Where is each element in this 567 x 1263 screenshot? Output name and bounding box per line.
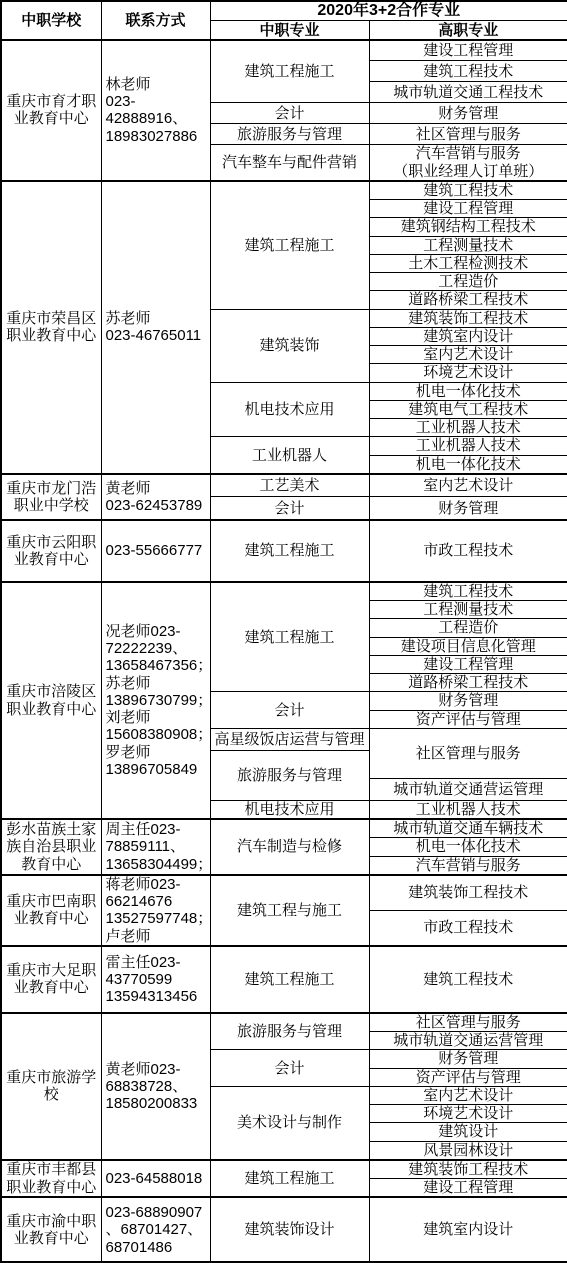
- high-major-cell: 财务管理: [369, 497, 567, 520]
- table-row: 重庆市丰都县 职业教育中心023-64588018建筑工程施工建筑装饰工程技术: [1, 1160, 567, 1179]
- high-major-cell: 建筑室内设计: [369, 327, 567, 345]
- mid-major-cell: 建筑工程施工: [210, 946, 369, 1013]
- high-major-cell: 环境艺术设计: [369, 1105, 567, 1123]
- high-major-cell: 建筑装饰工程技术: [369, 875, 567, 911]
- high-major-cell: 建筑钢结构工程技术: [369, 218, 567, 236]
- high-major-cell: 建设工程管理: [369, 655, 567, 673]
- high-major-cell: 市政工程技术: [369, 520, 567, 582]
- high-major-cell: 建筑装饰工程技术: [369, 309, 567, 327]
- high-major-cell: 建筑装饰工程技术: [369, 1160, 567, 1179]
- high-major-cell: 建筑工程技术: [369, 61, 567, 82]
- mid-major-cell: 汽车整车与配件营销: [210, 145, 369, 181]
- contact-cell: 况老师023- 72222239、 13658467356； 苏老师 13896…: [101, 582, 210, 819]
- high-major-cell: 资产评估与管理: [369, 710, 567, 728]
- table-row: 重庆市云阳职 业教育中心023-55666777建筑工程施工市政工程技术: [1, 520, 567, 582]
- mid-major-cell: 工业机器人: [210, 437, 369, 474]
- high-major-cell: 社区管理与服务: [369, 728, 567, 778]
- mid-major-cell: 会计: [210, 692, 369, 729]
- school-cell: 彭水苗族土家 族自治县职业 教育中心: [1, 819, 101, 875]
- header-cooperation-title: 2020年3+2合作专业: [210, 1, 567, 21]
- high-major-cell: 市政工程技术: [369, 910, 567, 946]
- mid-major-cell: 会计: [210, 103, 369, 124]
- cooperation-majors-table: 中职学校 联系方式 2020年3+2合作专业 中职专业 高职专业 重庆市育才职 …: [0, 0, 567, 1263]
- school-cell: 重庆市渝中职 业教育中心: [1, 1197, 101, 1262]
- high-major-cell: 建设项目信息化管理: [369, 637, 567, 655]
- contact-cell: 黄老师023- 68838728、 18580200833: [101, 1013, 210, 1160]
- mid-major-cell: 建筑工程施工: [210, 582, 369, 692]
- table-row: 重庆市渝中职 业教育中心023-68890907 、68701427、 6870…: [1, 1197, 567, 1262]
- high-major-cell: 城市轨道交通运营管理: [369, 1032, 567, 1050]
- high-major-cell: 室内艺术设计: [369, 1086, 567, 1104]
- high-major-cell: 土木工程检测技术: [369, 254, 567, 272]
- header-contact-column: 联系方式: [101, 1, 210, 40]
- school-cell: 重庆市丰都县 职业教育中心: [1, 1160, 101, 1198]
- mid-major-cell: 机电技术应用: [210, 382, 369, 437]
- mid-major-cell: 汽车制造与检修: [210, 819, 369, 875]
- high-major-cell: 建设工程管理: [369, 200, 567, 218]
- mid-major-cell: 建筑工程施工: [210, 1160, 369, 1198]
- table-row: 彭水苗族土家 族自治县职业 教育中心周主任023- 78859111、 1365…: [1, 819, 567, 838]
- school-cell: 重庆市云阳职 业教育中心: [1, 520, 101, 582]
- table-body: 重庆市育才职 业教育中心林老师 023-42888916、 1898302788…: [1, 40, 567, 1263]
- high-major-cell: 城市轨道交通营运管理: [369, 778, 567, 800]
- high-major-cell: 城市轨道交通车辆技术: [369, 819, 567, 838]
- high-major-cell: 社区管理与服务: [369, 124, 567, 145]
- table-row: 重庆市龙门浩 职业中学校黄老师 023-62453789工艺美术室内艺术设计: [1, 474, 567, 497]
- high-major-cell: 室内艺术设计: [369, 346, 567, 364]
- mid-major-cell: 旅游服务与管理: [210, 1013, 369, 1050]
- high-major-cell: 建筑设计: [369, 1123, 567, 1141]
- high-major-cell: 汽车营销与服务: [369, 856, 567, 875]
- mid-major-cell: 建筑装饰: [210, 309, 369, 382]
- table-row: 重庆市巴南职 业教育中心蒋老师023- 66214676 13527597748…: [1, 875, 567, 911]
- school-cell: 重庆市龙门浩 职业中学校: [1, 474, 101, 520]
- mid-major-cell: 旅游服务与管理: [210, 750, 369, 800]
- table-header: 中职学校 联系方式 2020年3+2合作专业 中职专业 高职专业: [1, 1, 567, 40]
- high-major-cell: 机电一体化技术: [369, 382, 567, 400]
- school-cell: 重庆市育才职 业教育中心: [1, 40, 101, 181]
- mid-major-cell: 美术设计与制作: [210, 1086, 369, 1160]
- mid-major-cell: 旅游服务与管理: [210, 124, 369, 145]
- contact-cell: 023-68890907 、68701427、 68701486: [101, 1197, 210, 1262]
- high-major-cell: 建设工程管理: [369, 1179, 567, 1198]
- high-major-cell: 财务管理: [369, 1050, 567, 1068]
- high-major-cell: 社区管理与服务: [369, 1013, 567, 1032]
- mid-major-cell: 建筑工程与施工: [210, 875, 369, 946]
- mid-major-cell: 高星级饭店运营与管理: [210, 728, 369, 750]
- high-major-cell: 工程测量技术: [369, 601, 567, 619]
- mid-major-cell: 会计: [210, 1050, 369, 1087]
- high-major-cell: 财务管理: [369, 103, 567, 124]
- high-major-cell: 建筑工程技术: [369, 946, 567, 1013]
- contact-cell: 023-64588018: [101, 1160, 210, 1198]
- school-cell: 重庆市旅游学 校: [1, 1013, 101, 1160]
- school-cell: 重庆市涪陵区 职业教育中心: [1, 582, 101, 819]
- contact-cell: 周主任023- 78859111、 13658304499；: [101, 819, 210, 875]
- school-cell: 重庆市大足职 业教育中心: [1, 946, 101, 1013]
- contact-cell: 苏老师 023-46765011: [101, 181, 210, 474]
- high-major-cell: 资产评估与管理: [369, 1068, 567, 1086]
- high-major-cell: 环境艺术设计: [369, 364, 567, 382]
- high-major-cell: 道路桥梁工程技术: [369, 291, 567, 309]
- mid-major-cell: 会计: [210, 497, 369, 520]
- table-row: 重庆市大足职 业教育中心雷主任023- 43770599 13594313456…: [1, 946, 567, 1013]
- high-major-cell: 工业机器人技术: [369, 419, 567, 437]
- high-major-cell: 工程造价: [369, 619, 567, 637]
- table-row: 重庆市涪陵区 职业教育中心况老师023- 72222239、 136584673…: [1, 582, 567, 601]
- high-major-cell: 工业机器人技术: [369, 800, 567, 819]
- contact-cell: 林老师 023-42888916、 18983027886: [101, 40, 210, 181]
- contact-cell: 雷主任023- 43770599 13594313456: [101, 946, 210, 1013]
- high-major-cell: 道路桥梁工程技术: [369, 674, 567, 692]
- header-high-major-column: 高职专业: [369, 21, 567, 40]
- school-cell: 重庆市荣昌区 职业教育中心: [1, 181, 101, 474]
- high-major-cell: 工程造价: [369, 273, 567, 291]
- high-major-cell: 机电一体化技术: [369, 455, 567, 474]
- contact-cell: 黄老师 023-62453789: [101, 474, 210, 520]
- high-major-cell: 汽车营销与服务 （职业经理人订单班）: [369, 145, 567, 181]
- table-row: 重庆市育才职 业教育中心林老师 023-42888916、 1898302788…: [1, 40, 567, 61]
- high-major-cell: 室内艺术设计: [369, 474, 567, 497]
- contact-cell: 023-55666777: [101, 520, 210, 582]
- high-major-cell: 工业机器人技术: [369, 437, 567, 455]
- high-major-cell: 建筑工程技术: [369, 181, 567, 200]
- high-major-cell: 财务管理: [369, 692, 567, 710]
- high-major-cell: 建筑工程技术: [369, 582, 567, 601]
- high-major-cell: 建设工程管理: [369, 40, 567, 61]
- header-mid-major-column: 中职专业: [210, 21, 369, 40]
- header-school-column: 中职学校: [1, 1, 101, 40]
- high-major-cell: 建筑室内设计: [369, 1197, 567, 1262]
- mid-major-cell: 机电技术应用: [210, 800, 369, 819]
- high-major-cell: 工程测量技术: [369, 236, 567, 254]
- contact-cell: 蒋老师023- 66214676 13527597748； 卢老师: [101, 875, 210, 946]
- mid-major-cell: 工艺美术: [210, 474, 369, 497]
- table-row: 重庆市荣昌区 职业教育中心苏老师 023-46765011建筑工程施工建筑工程技…: [1, 181, 567, 200]
- high-major-cell: 风景园林设计: [369, 1141, 567, 1160]
- table-row: 重庆市旅游学 校黄老师023- 68838728、 18580200833旅游服…: [1, 1013, 567, 1032]
- high-major-cell: 建筑电气工程技术: [369, 400, 567, 418]
- mid-major-cell: 建筑工程施工: [210, 40, 369, 103]
- high-major-cell: 城市轨道交通工程技术: [369, 82, 567, 103]
- mid-major-cell: 建筑装饰设计: [210, 1197, 369, 1262]
- mid-major-cell: 建筑工程施工: [210, 181, 369, 309]
- school-cell: 重庆市巴南职 业教育中心: [1, 875, 101, 946]
- high-major-cell: 机电一体化技术: [369, 838, 567, 856]
- mid-major-cell: 建筑工程施工: [210, 520, 369, 582]
